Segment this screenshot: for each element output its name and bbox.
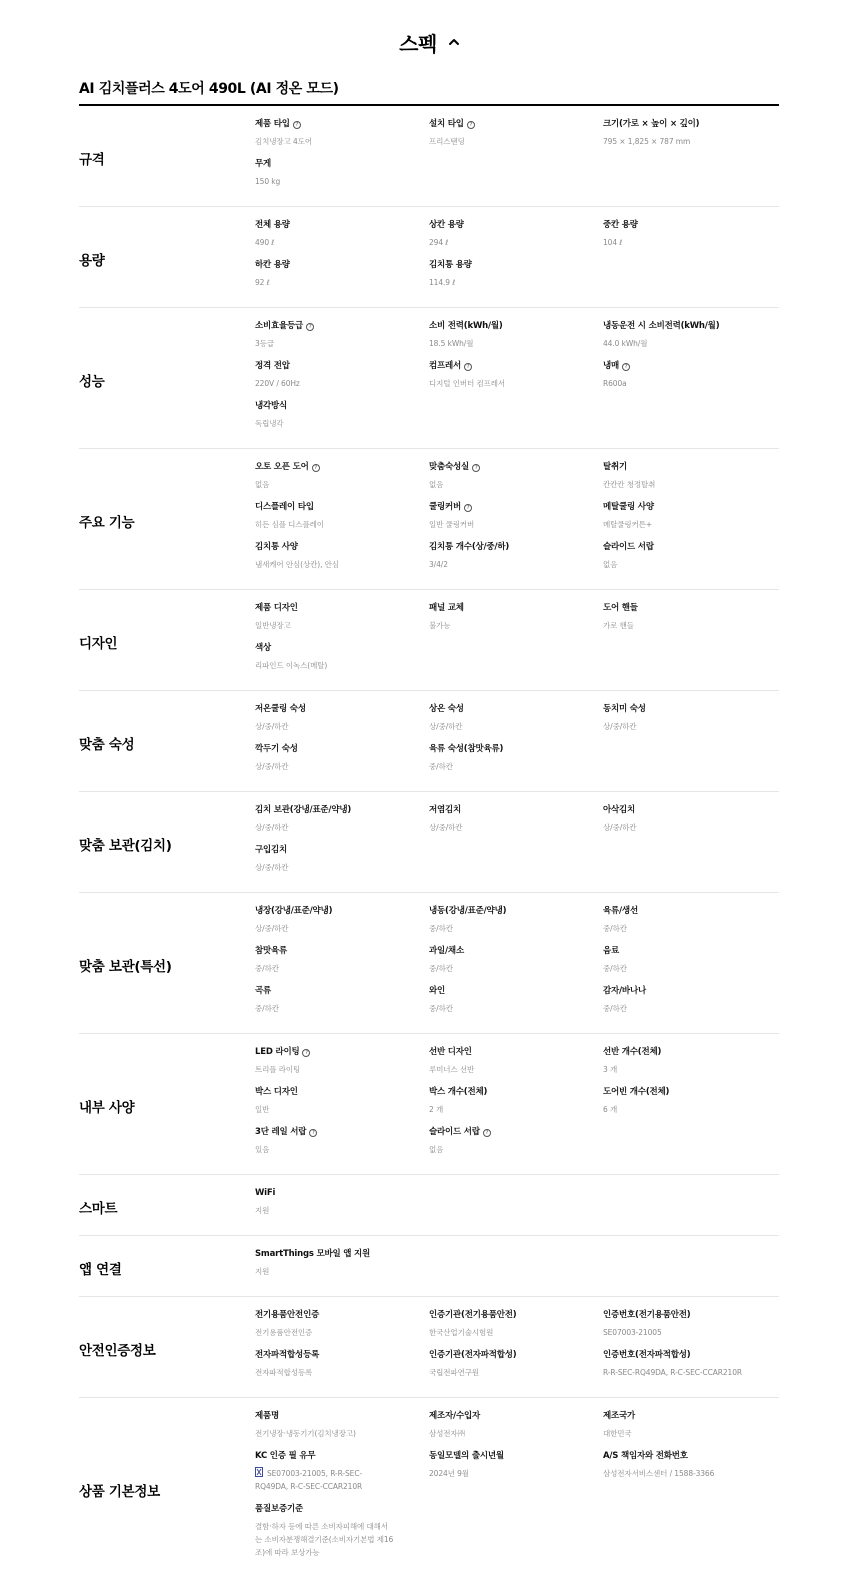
spec-label-text: 육류/생선	[603, 905, 638, 918]
spec-label: 구입김치	[255, 844, 429, 857]
spec-label-text: 와인	[429, 985, 445, 998]
spec-value-text: 없음	[603, 560, 617, 569]
spec-item: 아삭김치상/중/하칸	[603, 804, 777, 844]
spec-item: 선반 디자인루미너스 선반	[429, 1046, 603, 1086]
spec-value: 중/하칸	[255, 1002, 395, 1015]
spec-value-text: 상/중/하칸	[255, 722, 288, 731]
help-icon[interactable]: ?	[309, 1129, 317, 1137]
spec-value-text: 44.0 kWh/월	[603, 339, 647, 348]
spec-label-text: 오토 오픈 도어	[255, 461, 309, 474]
spec-label-text: 패널 교체	[429, 602, 464, 615]
help-icon[interactable]: ?	[622, 363, 630, 371]
spec-item: 저온쿨링 숙성상/중/하칸	[255, 703, 429, 743]
spec-label: 김치 보관(강냉/표준/약냉)	[255, 804, 429, 817]
help-icon[interactable]: ?	[293, 121, 301, 129]
spec-value-text: 상/중/하칸	[255, 762, 288, 771]
spec-label: 냉각방식	[255, 400, 429, 413]
spec-container: AI 김치플러스 4도어 490L (AI 정온 모드) 규격제품 타입?김치냉…	[79, 78, 779, 1577]
spec-value-text: 있음	[255, 1145, 269, 1154]
spec-label-text: 육류 숙성(참맛육류)	[429, 743, 503, 756]
spec-value-text: 114.9 ℓ	[429, 278, 455, 287]
spec-label: 음료	[603, 945, 777, 958]
spec-item: 육류 숙성(참맛육류)중/하칸	[429, 743, 603, 783]
spec-item: LED 라이팅?트리플 라이팅	[255, 1046, 429, 1086]
spec-value-text: 2 개	[429, 1105, 443, 1114]
spec-section: 용량전체 용량490 ℓ상칸 용량294 ℓ중칸 용량104 ℓ하칸 용량92 …	[79, 207, 779, 308]
spec-item: 참맛육류중/하칸	[255, 945, 429, 985]
spec-label: 저온쿨링 숙성	[255, 703, 429, 716]
spec-label-text: 인증기관(전자파적합성)	[429, 1349, 516, 1362]
section-category: 주요 기능	[79, 461, 255, 581]
spec-label-text: 전체 용량	[255, 219, 290, 232]
spec-label: 제조국가	[603, 1410, 777, 1423]
spec-label-text: 중칸 용량	[603, 219, 638, 232]
spec-value: 상/중/하칸	[255, 720, 395, 733]
section-category: 규격	[79, 118, 255, 198]
spec-title: 스펙	[399, 28, 437, 57]
spec-item: 음료중/하칸	[603, 945, 777, 985]
spec-grid: 김치 보관(강냉/표준/약냉)상/중/하칸저염김치상/중/하칸아삭김치상/중/하…	[255, 804, 779, 884]
spec-value: 리파인드 이녹스(메탈)	[255, 659, 395, 672]
spec-label-text: WiFi	[255, 1187, 275, 1200]
help-icon[interactable]: ?	[472, 464, 480, 472]
spec-value: 지원	[255, 1204, 395, 1217]
spec-label: 도어 핸들	[603, 602, 777, 615]
spec-label-text: 박스 개수(전체)	[429, 1086, 487, 1099]
spec-item: 김치통 개수(상/중/하)3/4/2	[429, 541, 603, 581]
section-category: 맞춤 보관(특선)	[79, 905, 255, 1025]
chevron-up-icon	[447, 35, 461, 49]
spec-value: 상/중/하칸	[429, 720, 569, 733]
spec-item: 컴프레서?디지털 인버터 컴프레서	[429, 360, 603, 400]
spec-value-text: 상/중/하칸	[255, 924, 288, 933]
spec-value-text: 히든 심플 디스플레이	[255, 520, 324, 529]
spec-value-text: 김치냉장고 4도어	[255, 137, 312, 146]
help-icon[interactable]: ?	[312, 464, 320, 472]
spec-value-text: 리파인드 이녹스(메탈)	[255, 661, 327, 670]
spec-item: SmartThings 모바일 앱 지원지원	[255, 1248, 603, 1288]
spec-item: 박스 개수(전체)2 개	[429, 1086, 603, 1126]
spec-item: 하칸 용량92 ℓ	[255, 259, 429, 299]
spec-item: 메탈쿨링 사양메탈쿨링커튼+	[603, 501, 777, 541]
section-category: 맞춤 보관(김치)	[79, 804, 255, 884]
spec-value-text: 프리스탠딩	[429, 137, 465, 146]
spec-item: 김치통 사양냄새케어 안심(상칸), 안심	[255, 541, 429, 581]
spec-grid: 오토 오픈 도어?없음맞춤숙성실?없음탈취기칸칸칸 청정탈취디스플레이 타입히든…	[255, 461, 779, 581]
spec-grid: 냉장(강냉/표준/약냉)상/중/하칸냉동(강냉/표준/약냉)중/하칸육류/생선중…	[255, 905, 779, 1025]
spec-label-text: 김치통 개수(상/중/하)	[429, 541, 509, 554]
spec-label: 제품 타입?	[255, 118, 429, 131]
spec-value-text: 150 kg	[255, 177, 280, 186]
spec-label: 선반 디자인	[429, 1046, 603, 1059]
spec-item: 냉매?R600a	[603, 360, 777, 400]
spec-value-text: 삼성전자서비스센터 / 1588-3366	[603, 1469, 714, 1478]
spec-value-text: 상/중/하칸	[255, 863, 288, 872]
spec-value-text: 지원	[255, 1206, 269, 1215]
spec-label-text: 제품명	[255, 1410, 279, 1423]
spec-label: 인증기관(전자파적합성)	[429, 1349, 603, 1362]
spec-label: 박스 디자인	[255, 1086, 429, 1099]
spec-label: SmartThings 모바일 앱 지원	[255, 1248, 603, 1261]
spec-grid: 제품 타입?김치냉장고 4도어설치 타입?프리스탠딩크기(가로 × 높이 × 깊…	[255, 118, 779, 198]
spec-label-text: 전기용품안전인증	[255, 1309, 319, 1322]
spec-label: 품질보증기준	[255, 1503, 429, 1516]
spec-grid: WiFi지원	[255, 1187, 779, 1227]
spec-item: 전체 용량490 ℓ	[255, 219, 429, 259]
help-icon[interactable]: ?	[464, 363, 472, 371]
spec-value: 일반 쿨링커버	[429, 518, 569, 531]
spec-item: 저염김치상/중/하칸	[429, 804, 603, 844]
spec-value: 490 ℓ	[255, 236, 395, 249]
spec-label-text: 구입김치	[255, 844, 287, 857]
spec-label-text: 슬라이드 서랍	[429, 1126, 480, 1139]
spec-item: 품질보증기준결함·하자 등에 따른 소비자피해에 대해서는 소비자분쟁해결기준(…	[255, 1503, 429, 1569]
spec-label: 상온 숙성	[429, 703, 603, 716]
spec-item: 제조자/수입자삼성전자㈜	[429, 1410, 603, 1450]
spec-label: 오토 오픈 도어?	[255, 461, 429, 474]
spec-value: 냄새케어 안심(상칸), 안심	[255, 558, 395, 571]
spec-label: 패널 교체	[429, 602, 603, 615]
spec-value: 히든 심플 디스플레이	[255, 518, 395, 531]
spec-label-text: 무게	[255, 158, 271, 171]
section-category: 스마트	[79, 1187, 255, 1227]
spec-value: 전기용품안전인증	[255, 1326, 395, 1339]
spec-item: 소비효율등급?3등급	[255, 320, 429, 360]
spec-value: 전자파적합성등록	[255, 1366, 395, 1379]
spec-value-text: 3등급	[255, 339, 274, 348]
spec-value: 220V / 60Hz	[255, 377, 395, 390]
help-icon[interactable]: ?	[306, 323, 314, 331]
section-category: 안전인증정보	[79, 1309, 255, 1389]
spec-label-text: 과일/채소	[429, 945, 464, 958]
spec-value-text: 일반냉장고	[255, 621, 291, 630]
spec-label: 전자파적합성등록	[255, 1349, 429, 1362]
spec-label-text: 크기(가로 × 높이 × 깊이)	[603, 118, 699, 131]
spec-label-text: 냉동운전 시 소비전력(kWh/월)	[603, 320, 719, 333]
spec-item: 상칸 용량294 ℓ	[429, 219, 603, 259]
spec-item: 설치 타입?프리스탠딩	[429, 118, 603, 158]
spec-value: 중/하칸	[429, 760, 569, 773]
spec-item: 동치미 숙성상/중/하칸	[603, 703, 777, 743]
spec-value: 불가능	[429, 619, 569, 632]
spec-label-text: 제품 타입	[255, 118, 290, 131]
spec-label-text: 곡류	[255, 985, 271, 998]
spec-label: 하칸 용량	[255, 259, 429, 272]
spec-value-text: 메탈쿨링커튼+	[603, 520, 652, 529]
spec-item: 패널 교체불가능	[429, 602, 603, 642]
spec-label-text: 메탈쿨링 사양	[603, 501, 654, 514]
section-category: 용량	[79, 219, 255, 299]
spec-label: 색상	[255, 642, 429, 655]
spec-value: 중/하칸	[429, 962, 569, 975]
spec-label-text: KC 인증 필 유무	[255, 1450, 315, 1463]
spec-value-text: 중/하칸	[429, 762, 453, 771]
spec-value: 없음	[603, 558, 743, 571]
spec-label: 크기(가로 × 높이 × 깊이)	[603, 118, 777, 131]
spec-value-text: 상/중/하칸	[255, 823, 288, 832]
spec-value: 44.0 kWh/월	[603, 337, 743, 350]
spec-label-text: 저염김치	[429, 804, 461, 817]
spec-label-text: 냉각방식	[255, 400, 287, 413]
spec-label: 전기용품안전인증	[255, 1309, 429, 1322]
spec-label-text: 참맛육류	[255, 945, 287, 958]
spec-label-text: 도어빈 개수(전체)	[603, 1086, 669, 1099]
spec-label-text: 전자파적합성등록	[255, 1349, 319, 1362]
spec-grid: 소비효율등급?3등급소비 전력(kWh/월)18.5 kWh/월냉동운전 시 소…	[255, 320, 779, 440]
spec-value: 없음	[255, 478, 395, 491]
spec-label-text: 소비 전력(kWh/월)	[429, 320, 503, 333]
spec-item: 슬라이드 서랍?없음	[429, 1126, 603, 1166]
spec-value-text: 전기용품안전인증	[255, 1328, 312, 1337]
spec-label: 냉장(강냉/표준/약냉)	[255, 905, 429, 918]
spec-value-text: 6 개	[603, 1105, 617, 1114]
spec-label: 동일모델의 출시년월	[429, 1450, 603, 1463]
spec-label: 참맛육류	[255, 945, 429, 958]
spec-label-text: 하칸 용량	[255, 259, 290, 272]
spec-label: 컴프레서?	[429, 360, 603, 373]
section-category: 디자인	[79, 602, 255, 682]
spec-value-text: 결함·하자 등에 따른 소비자피해에 대해서는 소비자분쟁해결기준(소비자기본법…	[255, 1522, 393, 1557]
spec-value-text: 칸칸칸 청정탈취	[603, 480, 655, 489]
spec-label: 곡류	[255, 985, 429, 998]
spec-value: 3/4/2	[429, 558, 569, 571]
spec-value-text: 중/하칸	[429, 964, 453, 973]
spec-label-text: 상온 숙성	[429, 703, 464, 716]
spec-sections: 규격제품 타입?김치냉장고 4도어설치 타입?프리스탠딩크기(가로 × 높이 ×…	[79, 106, 779, 1577]
spec-value: 3등급	[255, 337, 395, 350]
spec-value-text: 상/중/하칸	[429, 823, 462, 832]
spec-item: 도어빈 개수(전체)6 개	[603, 1086, 777, 1126]
spec-section: 상품 기본정보제품명전기냉장·냉동기기(김치냉장고)제조자/수입자삼성전자㈜제조…	[79, 1398, 779, 1577]
spec-label: 전체 용량	[255, 219, 429, 232]
spec-value-text: 국립전파연구원	[429, 1368, 479, 1377]
spec-value-text: 중/하칸	[603, 964, 627, 973]
spec-value-text: 한국산업기술시험원	[429, 1328, 493, 1337]
spec-item: 곡류중/하칸	[255, 985, 429, 1025]
spec-label: 김치통 개수(상/중/하)	[429, 541, 603, 554]
spec-value-text: 전기냉장·냉동기기(김치냉장고)	[255, 1429, 356, 1438]
spec-label: 도어빈 개수(전체)	[603, 1086, 777, 1099]
spec-label-text: 아삭김치	[603, 804, 635, 817]
spec-value: R600a	[603, 377, 743, 390]
spec-value-text: 디지털 인버터 컴프레서	[429, 379, 505, 388]
spec-value-text: 중/하칸	[255, 1004, 279, 1013]
spec-value: 김치냉장고 4도어	[255, 135, 395, 148]
spec-label: 메탈쿨링 사양	[603, 501, 777, 514]
spec-value: 중/하칸	[603, 922, 743, 935]
spec-item: 과일/채소중/하칸	[429, 945, 603, 985]
spec-item: 냉동(강냉/표준/약냉)중/하칸	[429, 905, 603, 945]
spec-label-text: 김치 보관(강냉/표준/약냉)	[255, 804, 351, 817]
spec-value: 삼성전자서비스센터 / 1588-3366	[603, 1467, 743, 1480]
spec-label-text: 정격 전압	[255, 360, 290, 373]
spec-value-text: 트리플 라이팅	[255, 1065, 300, 1074]
spec-grid: SmartThings 모바일 앱 지원지원	[255, 1248, 779, 1288]
spec-value: 18.5 kWh/월	[429, 337, 569, 350]
spec-section: 맞춤 보관(특선)냉장(강냉/표준/약냉)상/중/하칸냉동(강냉/표준/약냉)중…	[79, 893, 779, 1034]
spec-item: 디스플레이 타입히든 심플 디스플레이	[255, 501, 429, 541]
spec-label: 무게	[255, 158, 429, 171]
spec-item: 선반 개수(전체)3 개	[603, 1046, 777, 1086]
spec-value: 상/중/하칸	[603, 821, 743, 834]
spec-label: 저염김치	[429, 804, 603, 817]
spec-value: 104 ℓ	[603, 236, 743, 249]
spec-label: 슬라이드 서랍?	[429, 1126, 603, 1139]
spec-item: A/S 책임자와 전화번호삼성전자서비스센터 / 1588-3366	[603, 1450, 777, 1503]
spec-section: 내부 사양LED 라이팅?트리플 라이팅선반 디자인루미너스 선반선반 개수(전…	[79, 1034, 779, 1175]
spec-label: 인증기관(전기용품안전)	[429, 1309, 603, 1322]
spec-label: 아삭김치	[603, 804, 777, 817]
spec-item: 중칸 용량104 ℓ	[603, 219, 777, 259]
spec-label-text: 색상	[255, 642, 271, 655]
spec-section: 안전인증정보전기용품안전인증전기용품안전인증인증기관(전기용품안전)한국산업기술…	[79, 1297, 779, 1398]
spec-value-text: 상/중/하칸	[603, 722, 636, 731]
spec-label-text: 컴프레서	[429, 360, 461, 373]
spec-label: 와인	[429, 985, 603, 998]
spec-item: WiFi지원	[255, 1187, 429, 1227]
spec-item: 냉각방식독립냉각	[255, 400, 429, 440]
spec-item: 제조국가대한민국	[603, 1410, 777, 1450]
spec-value: 2 개	[429, 1103, 569, 1116]
spec-value: 한국산업기술시험원	[429, 1326, 569, 1339]
spec-item: 냉동운전 시 소비전력(kWh/월)44.0 kWh/월	[603, 320, 777, 360]
spec-value: 795 × 1,825 × 787 mm	[603, 135, 743, 148]
spec-label-text: 소비효율등급	[255, 320, 303, 333]
spec-value: 중/하칸	[603, 1002, 743, 1015]
spec-toggle-button[interactable]: 스펙	[0, 0, 860, 60]
spec-item: 인증기관(전자파적합성)국립전파연구원	[429, 1349, 603, 1389]
spec-label-text: 박스 디자인	[255, 1086, 298, 1099]
spec-label-text: 3단 레일 서랍	[255, 1126, 306, 1139]
spec-value-text: 독립냉각	[255, 419, 284, 428]
spec-label-text: 냉장(강냉/표준/약냉)	[255, 905, 332, 918]
spec-label: 3단 레일 서랍?	[255, 1126, 429, 1139]
section-category: 앱 연결	[79, 1248, 255, 1288]
help-icon[interactable]: ?	[467, 121, 475, 129]
spec-label: 선반 개수(전체)	[603, 1046, 777, 1059]
spec-item: 제품 디자인일반냉장고	[255, 602, 429, 642]
spec-value: 독립냉각	[255, 417, 395, 430]
help-icon[interactable]: ?	[464, 504, 472, 512]
spec-value-text: 490 ℓ	[255, 238, 274, 247]
spec-value: 없음	[429, 478, 569, 491]
spec-value: 전기냉장·냉동기기(김치냉장고)	[255, 1427, 395, 1440]
spec-label: 냉동운전 시 소비전력(kWh/월)	[603, 320, 777, 333]
spec-item: 김치통 용량114.9 ℓ	[429, 259, 603, 299]
kc-mark-icon	[255, 1467, 263, 1477]
spec-item: 깍두기 숙성상/중/하칸	[255, 743, 429, 783]
spec-item: 전자파적합성등록전자파적합성등록	[255, 1349, 429, 1389]
spec-value-text: 2024년 9월	[429, 1469, 469, 1478]
spec-value: SE07003-21005, R-R-SEC-RQ49DA, R-C-SEC-C…	[255, 1467, 395, 1493]
spec-value: 294 ℓ	[429, 236, 569, 249]
spec-item: 도어 핸들가로 핸들	[603, 602, 777, 642]
spec-value-text: 없음	[429, 480, 443, 489]
spec-label: 상칸 용량	[429, 219, 603, 232]
spec-value-text: 냄새케어 안심(상칸), 안심	[255, 560, 339, 569]
spec-value-text: 전자파적합성등록	[255, 1368, 312, 1377]
model-title: AI 김치플러스 4도어 490L (AI 정온 모드)	[79, 78, 779, 106]
spec-value: 트리플 라이팅	[255, 1063, 395, 1076]
spec-label: 디스플레이 타입	[255, 501, 429, 514]
spec-label-text: 저온쿨링 숙성	[255, 703, 306, 716]
spec-label: 감자/바나나	[603, 985, 777, 998]
spec-item: 인증번호(전자파적합성)R-R-SEC-RQ49DA, R-C-SEC-CCAR…	[603, 1349, 777, 1389]
spec-value: 2024년 9월	[429, 1467, 569, 1480]
spec-label: 슬라이드 서랍	[603, 541, 777, 554]
spec-label: 제품명	[255, 1410, 429, 1423]
spec-value-text: 삼성전자㈜	[429, 1429, 465, 1438]
spec-value: 있음	[255, 1143, 395, 1156]
spec-label-text: 김치통 용량	[429, 259, 472, 272]
spec-label-text: 품질보증기준	[255, 1503, 303, 1516]
spec-item: 슬라이드 서랍없음	[603, 541, 777, 581]
spec-label-text: 맞춤숙성실	[429, 461, 469, 474]
spec-label-text: 동일모델의 출시년월	[429, 1450, 504, 1463]
spec-label: 소비 전력(kWh/월)	[429, 320, 603, 333]
section-category: 맞춤 숙성	[79, 703, 255, 783]
spec-value: SE07003-21005	[603, 1326, 743, 1339]
spec-label: 인증번호(전기용품안전)	[603, 1309, 777, 1322]
spec-value-text: 일반	[255, 1105, 269, 1114]
spec-item: KC 인증 필 유무SE07003-21005, R-R-SEC-RQ49DA,…	[255, 1450, 429, 1503]
spec-value-text: R-R-SEC-RQ49DA, R-C-SEC-CCAR210R	[603, 1368, 742, 1377]
section-category: 상품 기본정보	[79, 1410, 255, 1569]
spec-label-text: 상칸 용량	[429, 219, 464, 232]
help-icon[interactable]: ?	[483, 1129, 491, 1137]
spec-label: LED 라이팅?	[255, 1046, 429, 1059]
spec-value: 국립전파연구원	[429, 1366, 569, 1379]
spec-label: 동치미 숙성	[603, 703, 777, 716]
help-icon[interactable]: ?	[302, 1049, 310, 1057]
spec-value-text: 92 ℓ	[255, 278, 270, 287]
spec-section: 맞춤 보관(김치)김치 보관(강냉/표준/약냉)상/중/하칸저염김치상/중/하칸…	[79, 792, 779, 893]
spec-value-text: 중/하칸	[255, 964, 279, 973]
spec-grid: LED 라이팅?트리플 라이팅선반 디자인루미너스 선반선반 개수(전체)3 개…	[255, 1046, 779, 1166]
spec-label-text: 제품 디자인	[255, 602, 298, 615]
spec-label-text: 제조자/수입자	[429, 1410, 480, 1423]
spec-label-text: 동치미 숙성	[603, 703, 646, 716]
spec-value: 중/하칸	[603, 962, 743, 975]
spec-section: 디자인제품 디자인일반냉장고패널 교체불가능도어 핸들가로 핸들색상리파인드 이…	[79, 590, 779, 691]
spec-value: 가로 핸들	[603, 619, 743, 632]
spec-value: 6 개	[603, 1103, 743, 1116]
spec-item: 육류/생선중/하칸	[603, 905, 777, 945]
spec-label: A/S 책임자와 전화번호	[603, 1450, 777, 1463]
spec-section: 스마트WiFi지원	[79, 1175, 779, 1236]
spec-item: 소비 전력(kWh/월)18.5 kWh/월	[429, 320, 603, 360]
spec-value-text: 가로 핸들	[603, 621, 634, 630]
spec-value-text: 없음	[255, 480, 269, 489]
spec-value: 없음	[429, 1143, 569, 1156]
spec-label-text: SmartThings 모바일 앱 지원	[255, 1248, 370, 1261]
spec-value: 92 ℓ	[255, 276, 395, 289]
spec-label: 중칸 용량	[603, 219, 777, 232]
spec-value: 칸칸칸 청정탈취	[603, 478, 743, 491]
spec-label-text: 냉동(강냉/표준/약냉)	[429, 905, 506, 918]
spec-value: 상/중/하칸	[429, 821, 569, 834]
spec-item: 박스 디자인일반	[255, 1086, 429, 1126]
spec-label-text: 선반 디자인	[429, 1046, 472, 1059]
spec-label-text: 도어 핸들	[603, 602, 638, 615]
spec-value-text: 상/중/하칸	[603, 823, 636, 832]
spec-label-text: 인증번호(전기용품안전)	[603, 1309, 690, 1322]
spec-section: 규격제품 타입?김치냉장고 4도어설치 타입?프리스탠딩크기(가로 × 높이 ×…	[79, 106, 779, 207]
spec-label: 냉동(강냉/표준/약냉)	[429, 905, 603, 918]
spec-label: 과일/채소	[429, 945, 603, 958]
spec-value: 대한민국	[603, 1427, 743, 1440]
spec-value-text: 불가능	[429, 621, 450, 630]
